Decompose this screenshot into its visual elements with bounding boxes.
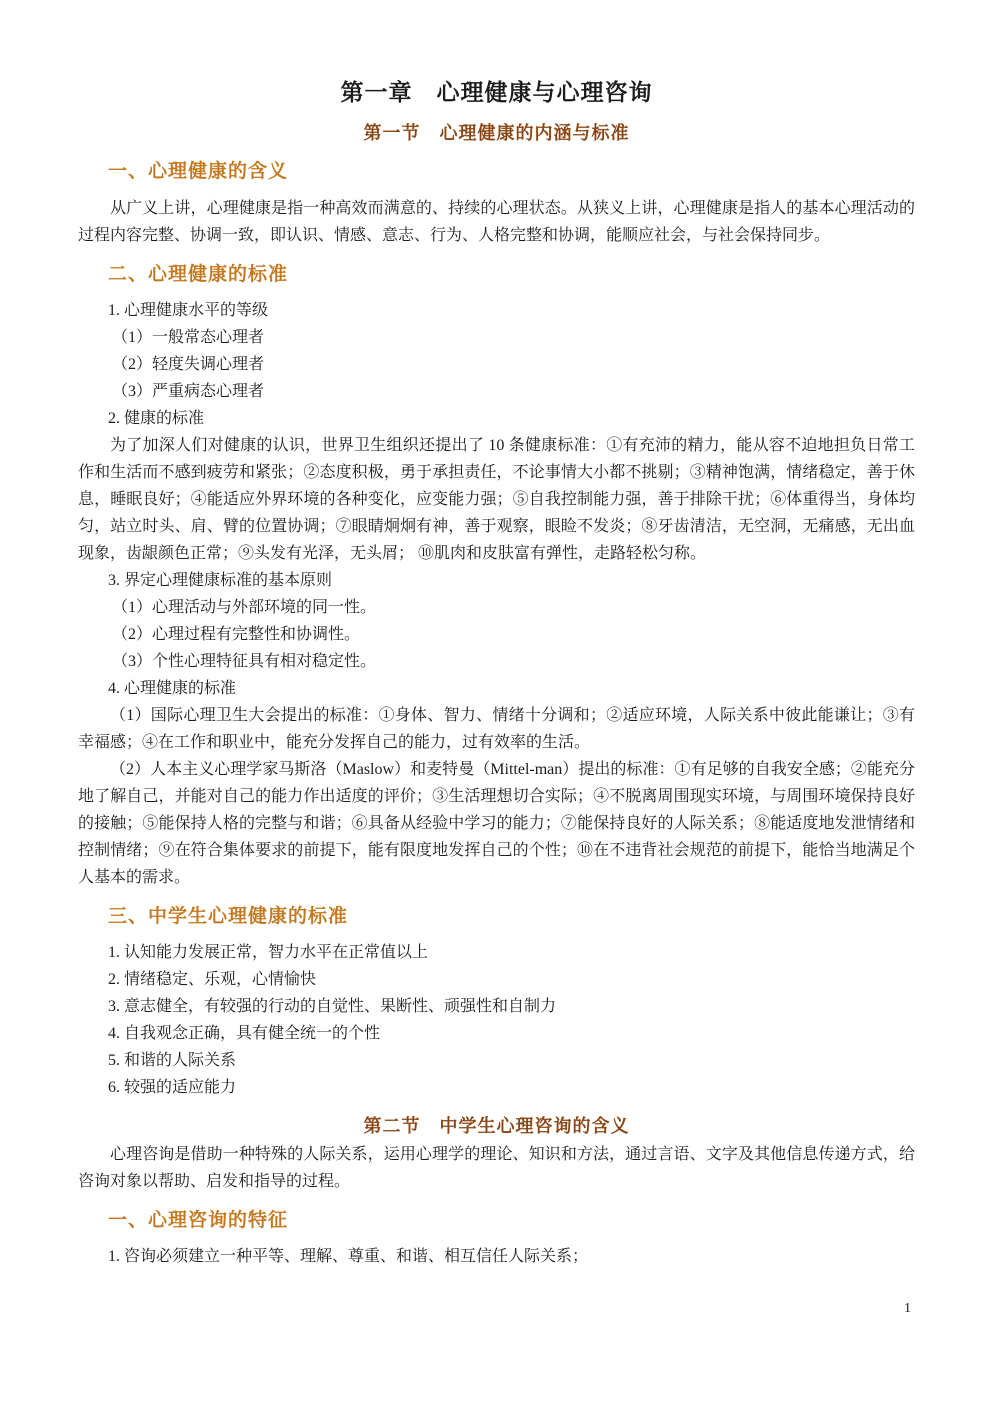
- paragraph-intl-congress-standards: （1）国际心理卫生大会提出的标准：①身体、智力、情绪十分调和；②适应环境，人际关…: [78, 702, 915, 756]
- list-item: （3）严重病态心理者: [112, 378, 915, 405]
- paragraph-who-health-standards: 为了加深人们对健康的认识，世界卫生组织还提出了 10 条健康标准：①有充沛的精力…: [78, 432, 915, 567]
- list-item: 1. 心理健康水平的等级: [108, 297, 915, 324]
- list-item: 1. 认知能力发展正常，智力水平在正常值以上: [108, 939, 915, 966]
- heading-counseling-features: 一、心理咨询的特征: [108, 1208, 915, 1234]
- list-item: （3）个性心理特征具有相对稳定性。: [112, 648, 915, 675]
- student-standards-list: 1. 认知能力发展正常，智力水平在正常值以上 2. 情绪稳定、乐观，心情愉快 3…: [78, 939, 915, 1101]
- mental-health-level-list: 1. 心理健康水平的等级 （1）一般常态心理者 （2）轻度失调心理者 （3）严重…: [78, 297, 915, 432]
- list-item: 2. 情绪稳定、乐观，心情愉快: [108, 966, 915, 993]
- list-item: 2. 健康的标准: [108, 405, 915, 432]
- list-item: （1）心理活动与外部环境的同一性。: [112, 594, 915, 621]
- list-item: （2）心理过程有完整性和协调性。: [112, 621, 915, 648]
- list-item: （1）一般常态心理者: [112, 324, 915, 351]
- list-item: 1. 咨询必须建立一种平等、理解、尊重、和谐、相互信任人际关系；: [108, 1243, 915, 1270]
- basic-principle-list: 3. 界定心理健康标准的基本原则 （1）心理活动与外部环境的同一性。 （2）心理…: [78, 567, 915, 702]
- heading-mental-health-standards: 二、心理健康的标准: [108, 262, 915, 288]
- list-item: 4. 心理健康的标准: [108, 675, 915, 702]
- paragraph-maslow-standards: （2）人本主义心理学家马斯洛（Maslow）和麦特曼（Mittel-man）提出…: [78, 756, 915, 891]
- document-page: 第一章 心理健康与心理咨询 第一节 心理健康的内涵与标准 一、心理健康的含义 从…: [0, 0, 993, 1404]
- heading-student-mental-health-standards: 三、中学生心理健康的标准: [108, 904, 915, 930]
- list-item: 5. 和谐的人际关系: [108, 1047, 915, 1074]
- page-number: 1: [904, 1300, 911, 1318]
- section2-title: 第二节 中学生心理咨询的含义: [78, 1113, 915, 1139]
- list-item: 3. 界定心理健康标准的基本原则: [108, 567, 915, 594]
- list-item: （2）轻度失调心理者: [112, 351, 915, 378]
- section1-title: 第一节 心理健康的内涵与标准: [78, 120, 915, 146]
- paragraph-mental-health-definition: 从广义上讲，心理健康是指一种高效而满意的、持续的心理状态。从狭义上讲，心理健康是…: [78, 195, 915, 249]
- list-item: 4. 自我观念正确，具有健全统一的个性: [108, 1020, 915, 1047]
- counseling-feature-list: 1. 咨询必须建立一种平等、理解、尊重、和谐、相互信任人际关系；: [78, 1243, 915, 1270]
- list-item: 6. 较强的适应能力: [108, 1074, 915, 1101]
- paragraph-counseling-definition: 心理咨询是借助一种特殊的人际关系，运用心理学的理论、知识和方法，通过言语、文字及…: [78, 1141, 915, 1195]
- heading-mental-health-meaning: 一、心理健康的含义: [108, 159, 915, 185]
- chapter-title: 第一章 心理健康与心理咨询: [78, 78, 915, 108]
- list-item: 3. 意志健全，有较强的行动的自觉性、果断性、顽强性和自制力: [108, 993, 915, 1020]
